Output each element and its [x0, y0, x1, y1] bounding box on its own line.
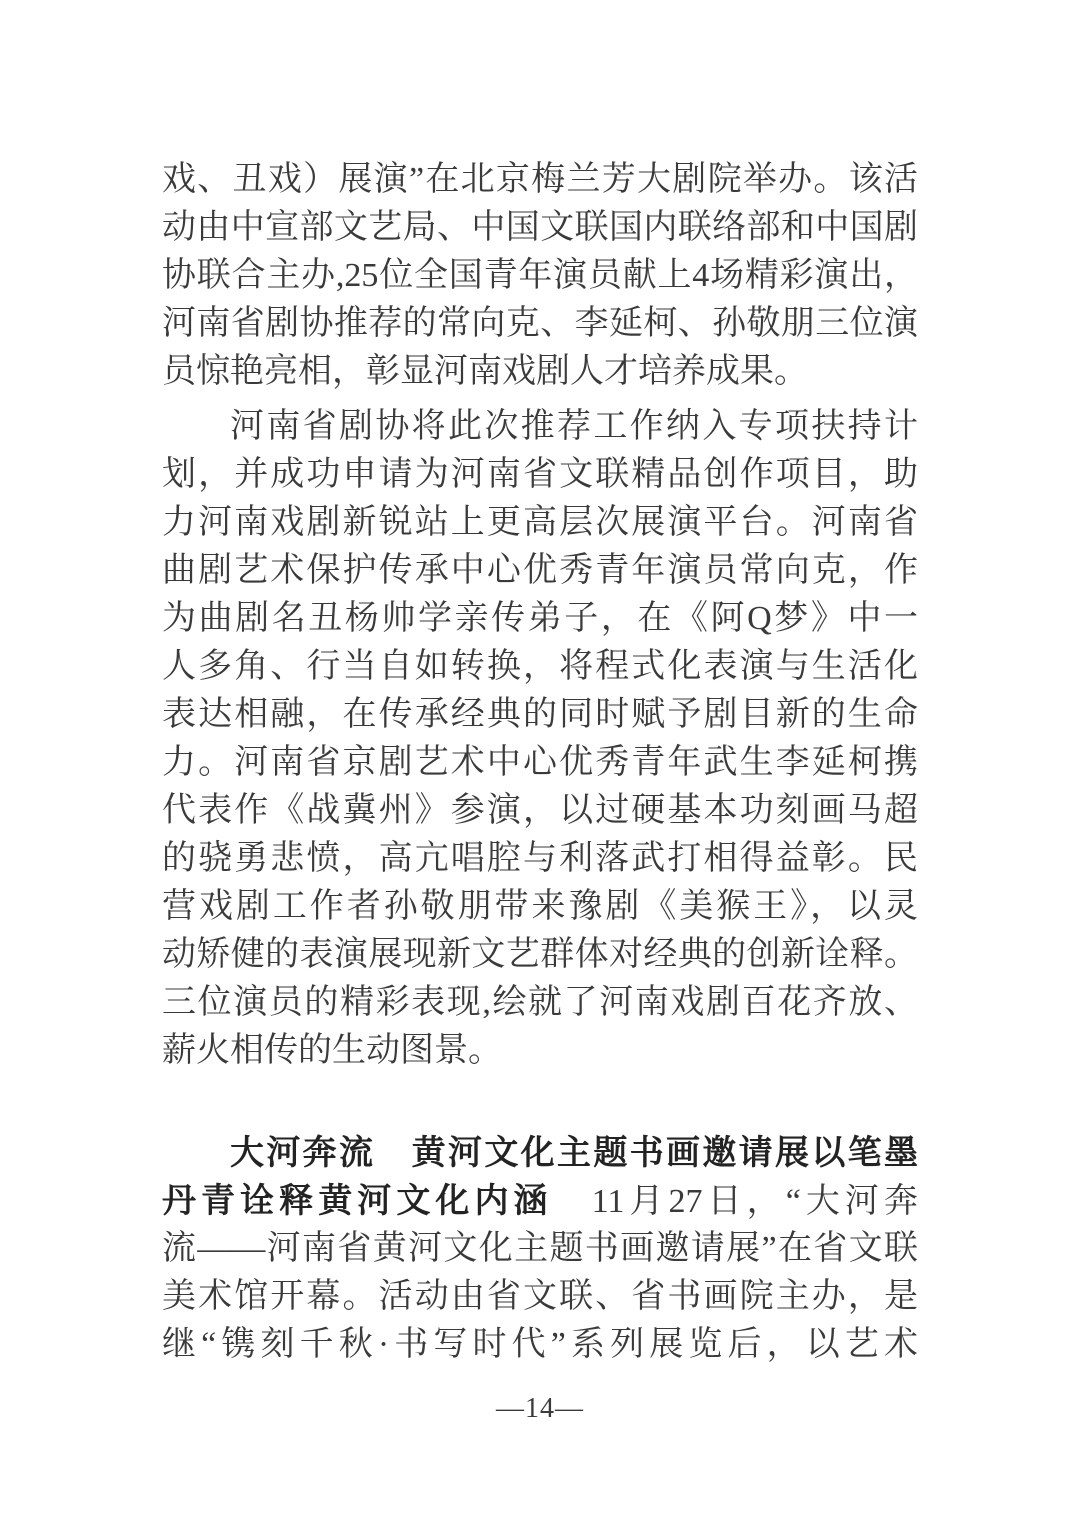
body-run: 11月27日，“大河奔: [553, 1183, 918, 1220]
paragraph-drama-association: 河南省剧协将此次推荐工作纳入专项扶持计 划，并成功申请为河南省文联精品创作项目，…: [162, 403, 918, 1075]
text-line: 代表作《战冀州》参演，以过硬基本功刻画马超: [162, 787, 918, 835]
page-number: —14—: [0, 1387, 1080, 1431]
heading-line-mixed: 丹青诠释黄河文化内涵 11月27日，“大河奔: [162, 1177, 918, 1225]
text-line: 划，并成功申请为河南省文联精品创作项目，助: [162, 451, 918, 499]
text-line: 流——河南省黄河文化主题书画邀请展”在省文联: [162, 1225, 918, 1273]
heading-bold-run: 丹青诠释黄河文化内涵: [162, 1182, 553, 1220]
text-line: 三位演员的精彩表现,绘就了河南戏剧百花齐放、: [162, 979, 918, 1027]
text-line: 河南省剧协推荐的常向克、李延柯、孙敬朋三位演: [162, 300, 918, 348]
heading-line: 大河奔流 黄河文化主题书画邀请展以笔墨: [162, 1129, 918, 1177]
paragraph-yellow-river-exhibition: 大河奔流 黄河文化主题书画邀请展以笔墨 丹青诠释黄河文化内涵 11月27日，“大…: [162, 1129, 918, 1369]
text-line: 戏、丑戏）展演”在北京梅兰芳大剧院举办。该活: [162, 156, 918, 204]
text-line: 继“镌刻千秋·书写时代”系列展览后，以艺术: [162, 1321, 918, 1369]
text-line: 营戏剧工作者孙敬朋带来豫剧《美猴王》，以灵: [162, 883, 918, 931]
text-line: 美术馆开幕。活动由省文联、省书画院主办，是: [162, 1273, 918, 1321]
text-line: 曲剧艺术保护传承中心优秀青年演员常向克，作: [162, 547, 918, 595]
text-block: 戏、丑戏）展演”在北京梅兰芳大剧院举办。该活 动由中宣部文艺局、中国文联国内联络…: [162, 156, 918, 1369]
text-line: 员惊艳亮相，彰显河南戏剧人才培养成果。: [162, 348, 918, 396]
text-line: 人多角、行当自如转换，将程式化表演与生活化: [162, 643, 918, 691]
text-line: 表达相融，在传承经典的同时赋予剧目新的生命: [162, 691, 918, 739]
text-line: 为曲剧名丑杨帅学亲传弟子，在《阿Q梦》中一: [162, 595, 918, 643]
text-line: 力河南戏剧新锐站上更高层次展演平台。河南省: [162, 499, 918, 547]
text-line: 力。河南省京剧艺术中心优秀青年武生李延柯携: [162, 739, 918, 787]
paragraph-opera-showcase: 戏、丑戏）展演”在北京梅兰芳大剧院举办。该活 动由中宣部文艺局、中国文联国内联络…: [162, 156, 918, 396]
text-line: 薪火相传的生动图景。: [162, 1027, 918, 1075]
text-line: 河南省剧协将此次推荐工作纳入专项扶持计: [162, 403, 918, 451]
text-line: 动由中宣部文艺局、中国文联国内联络部和中国剧: [162, 204, 918, 252]
text-line: 动矫健的表演展现新文艺群体对经典的创新诠释。: [162, 931, 918, 979]
text-line: 的骁勇悲愤，高亢唱腔与利落武打相得益彰。民: [162, 835, 918, 883]
text-line: 协联合主办,25位全国青年演员献上4场精彩演出，: [162, 252, 918, 300]
document-page: 戏、丑戏）展演”在北京梅兰芳大剧院举办。该活 动由中宣部文艺局、中国文联国内联络…: [0, 0, 1080, 1525]
